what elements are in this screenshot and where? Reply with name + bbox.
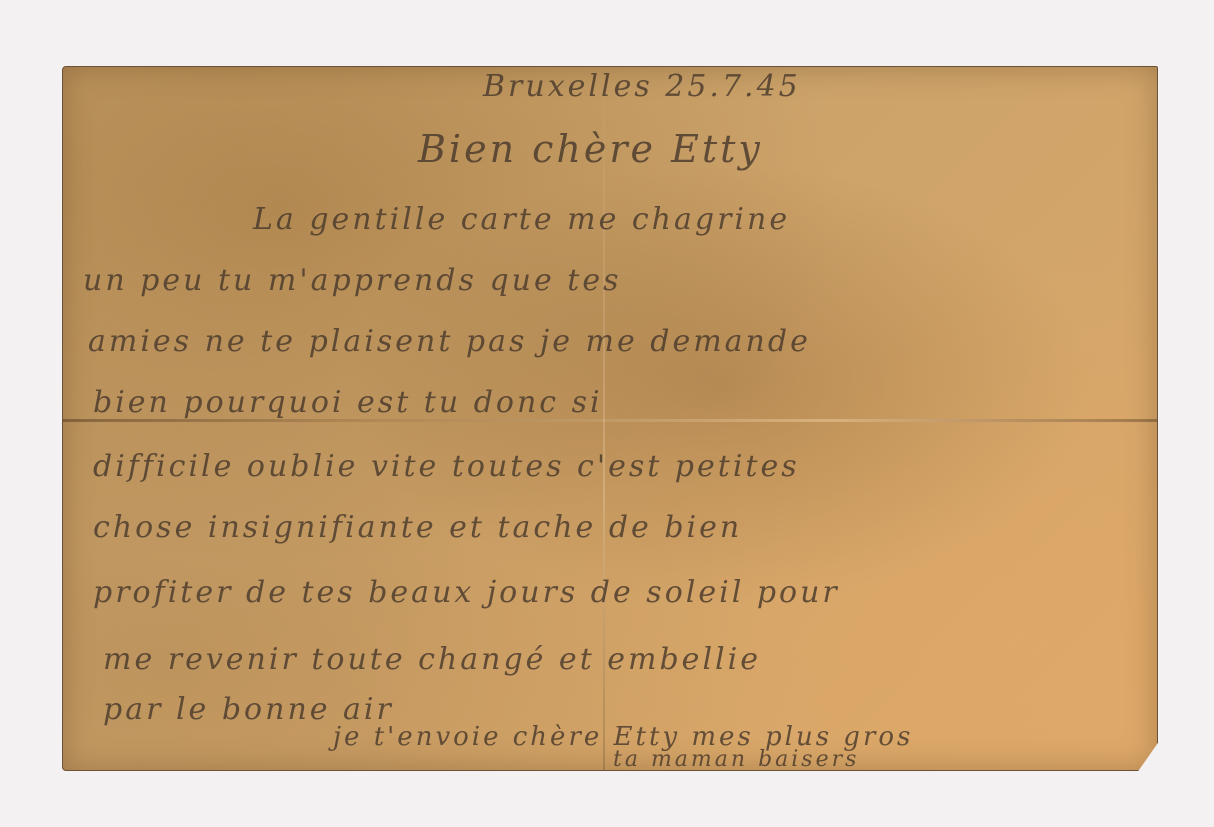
closing-line-2: ta maman baisers [613, 747, 859, 772]
place-date: Bruxelles 25.7.45 [483, 69, 801, 104]
body-line-2: un peu tu m'apprends que tes [83, 263, 621, 298]
body-line-5: difficile oublie vite toutes c'est petit… [93, 449, 800, 484]
body-line-6: chose insignifiante et tache de bien [93, 510, 742, 545]
greeting: Bien chère Etty [418, 127, 763, 171]
body-line-7: profiter de tes beaux jours de soleil po… [93, 575, 840, 610]
body-line-3: amies ne te plaisent pas je me demande [88, 324, 811, 359]
letter-paper: Bruxelles 25.7.45 Bien chère Etty La gen… [62, 66, 1158, 771]
body-line-4: bien pourquoi est tu donc si [93, 385, 603, 420]
body-line-8: me revenir toute changé et embellie [103, 642, 761, 677]
body-line-1: La gentille carte me chagrine [253, 202, 790, 237]
